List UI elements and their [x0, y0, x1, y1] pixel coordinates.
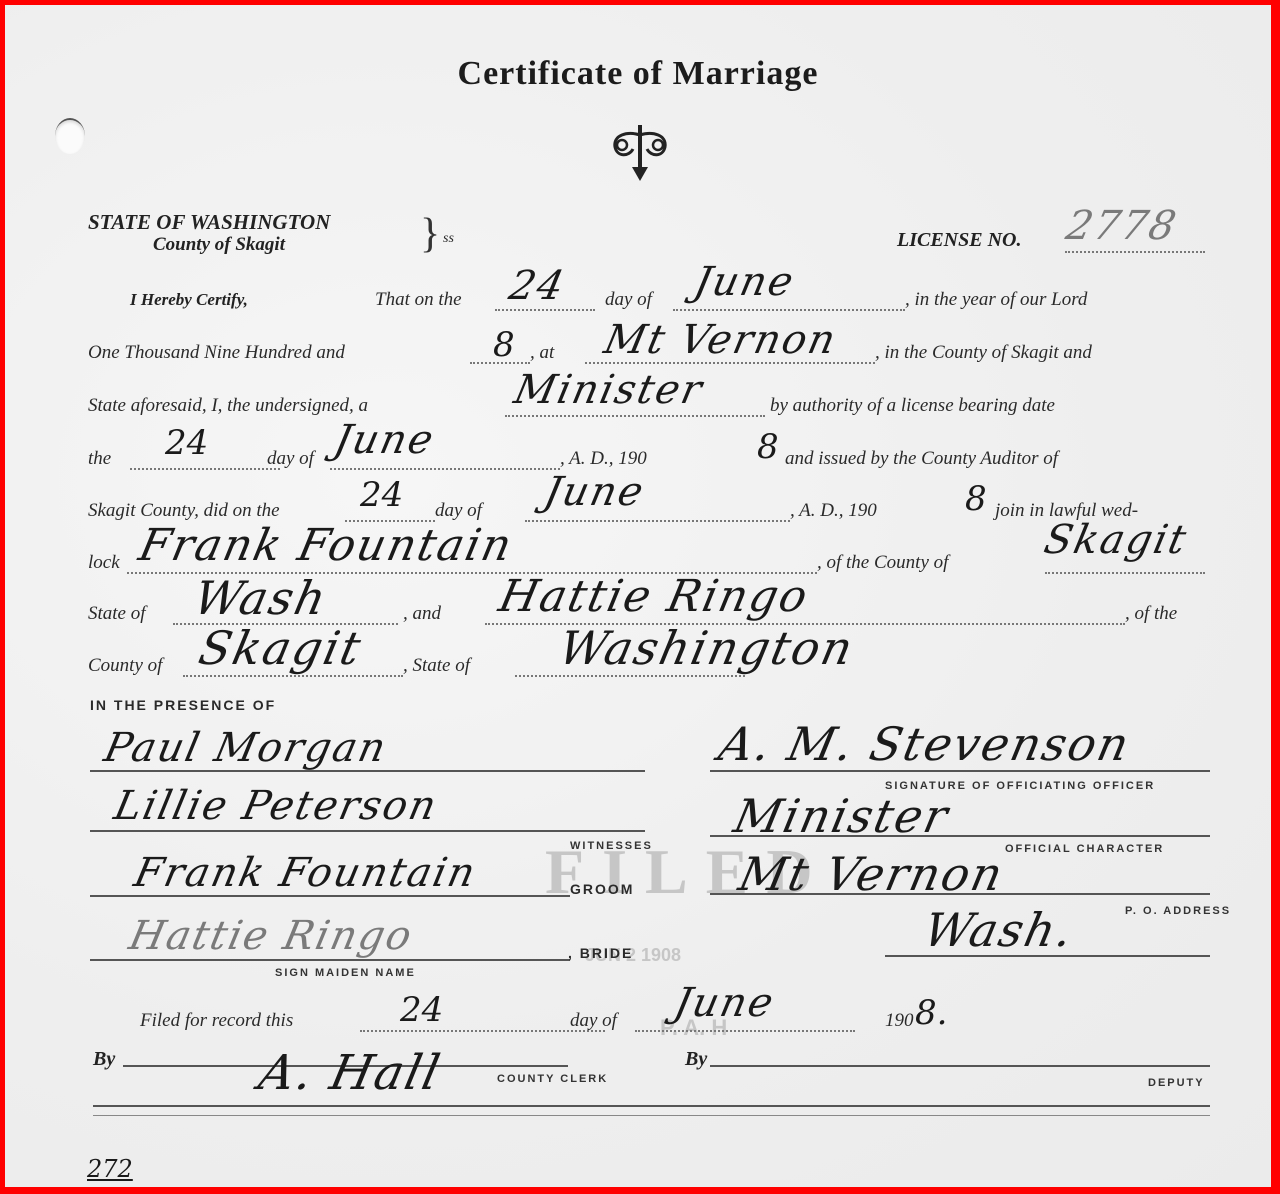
field-bride-state: Washington	[554, 621, 859, 675]
text: County of	[88, 655, 162, 677]
official-character: Minister	[729, 789, 954, 843]
field-marriage-year: 8	[965, 479, 987, 519]
official-character-label: OFFICIAL CHARACTER	[1005, 843, 1164, 855]
text: day of	[435, 500, 482, 522]
field-license-month: June	[330, 417, 439, 463]
text: That on the	[375, 289, 462, 311]
page-number: 272	[87, 1155, 133, 1183]
text: , of the County of	[817, 552, 948, 574]
text: State aforesaid, I, the undersigned, a	[88, 395, 368, 417]
filed-year: 8.	[915, 993, 947, 1033]
text: lock	[88, 552, 120, 574]
field-groom-state: Wash	[189, 571, 332, 625]
text: , in the County of Skagit and	[875, 342, 1092, 364]
text: , A. D., 190	[560, 448, 647, 470]
groom-signature: Frank Fountain	[130, 850, 481, 896]
text: , and	[403, 603, 441, 625]
bride-label: , BRIDE	[568, 945, 633, 961]
presence-heading: IN THE PRESENCE OF	[90, 697, 276, 713]
certificate-document: Certificate of Marriage STATE OF WASHING…	[5, 5, 1271, 1187]
license-number: 2778	[1062, 203, 1182, 249]
fleur-ornament-icon	[605, 123, 675, 185]
witness-1-signature: Paul Morgan	[100, 725, 391, 771]
county-label: County of Skagit	[153, 234, 285, 256]
punch-hole	[55, 118, 85, 154]
field-license-year: 8	[757, 427, 779, 467]
po-address-state: Wash.	[919, 903, 1079, 957]
field-bride-county: Skagit	[194, 621, 367, 675]
field-place: Mt Vernon	[600, 317, 841, 363]
witness-2-signature: Lillie Peterson	[110, 783, 442, 829]
ss-label: ss	[443, 231, 454, 247]
text: day of	[605, 289, 652, 311]
text: the	[88, 448, 111, 470]
field-groom-county: Skagit	[1040, 517, 1192, 563]
deputy-label: DEPUTY	[1148, 1077, 1205, 1089]
text: by authority of a license bearing date	[770, 395, 1055, 417]
text: , at	[530, 342, 554, 364]
text: and issued by the County Auditor of	[785, 448, 1058, 470]
brace: }	[420, 213, 440, 255]
filed-label: Filed for record this	[140, 1010, 293, 1032]
field-bride-name: Hattie Ringo	[495, 571, 814, 622]
deputy-by-label: By	[685, 1048, 707, 1071]
text: , A. D., 190	[790, 500, 877, 522]
field-groom-name: Frank Fountain	[135, 520, 518, 571]
document-title: Certificate of Marriage	[5, 55, 1271, 93]
maiden-name-label: SIGN MAIDEN NAME	[275, 967, 416, 979]
text: Skagit County, did on the	[88, 500, 280, 522]
po-address-label: P. O. ADDRESS	[1125, 905, 1231, 917]
field-marriage-day: 24	[360, 475, 403, 515]
officiant-signature: A. M. Stevenson	[714, 717, 1135, 771]
text: day of	[267, 448, 314, 470]
text: day of	[570, 1010, 617, 1032]
field-day: 24	[505, 263, 570, 309]
bride-signature: Hattie Ringo	[125, 913, 417, 959]
by-label: By	[93, 1048, 115, 1071]
text: , in the year of our Lord	[905, 289, 1087, 311]
county-clerk-label: COUNTY CLERK	[497, 1073, 608, 1085]
county-clerk-signature: A. Hall	[254, 1045, 446, 1101]
field-license-day: 24	[165, 423, 208, 463]
text: State of	[88, 603, 146, 625]
field-officiant-title: Minister	[510, 367, 707, 413]
filed-month: June	[670, 980, 779, 1026]
text: , State of	[403, 655, 470, 677]
license-label: LICENSE NO.	[897, 229, 1021, 252]
filed-day: 24	[400, 990, 443, 1030]
po-address-city: Mt Vernon	[734, 847, 1009, 901]
text: , of the	[1125, 603, 1177, 625]
text: One Thousand Nine Hundred and	[88, 342, 345, 364]
field-year: 8	[493, 325, 515, 365]
text: 190	[885, 1010, 914, 1032]
state-label: STATE OF WASHINGTON	[88, 210, 330, 235]
field-marriage-month: June	[540, 469, 649, 515]
groom-label: GROOM	[570, 881, 634, 897]
certify-label: I Hereby Certify,	[130, 290, 248, 310]
witnesses-label: WITNESSES	[570, 840, 653, 852]
field-month: June	[690, 259, 799, 305]
